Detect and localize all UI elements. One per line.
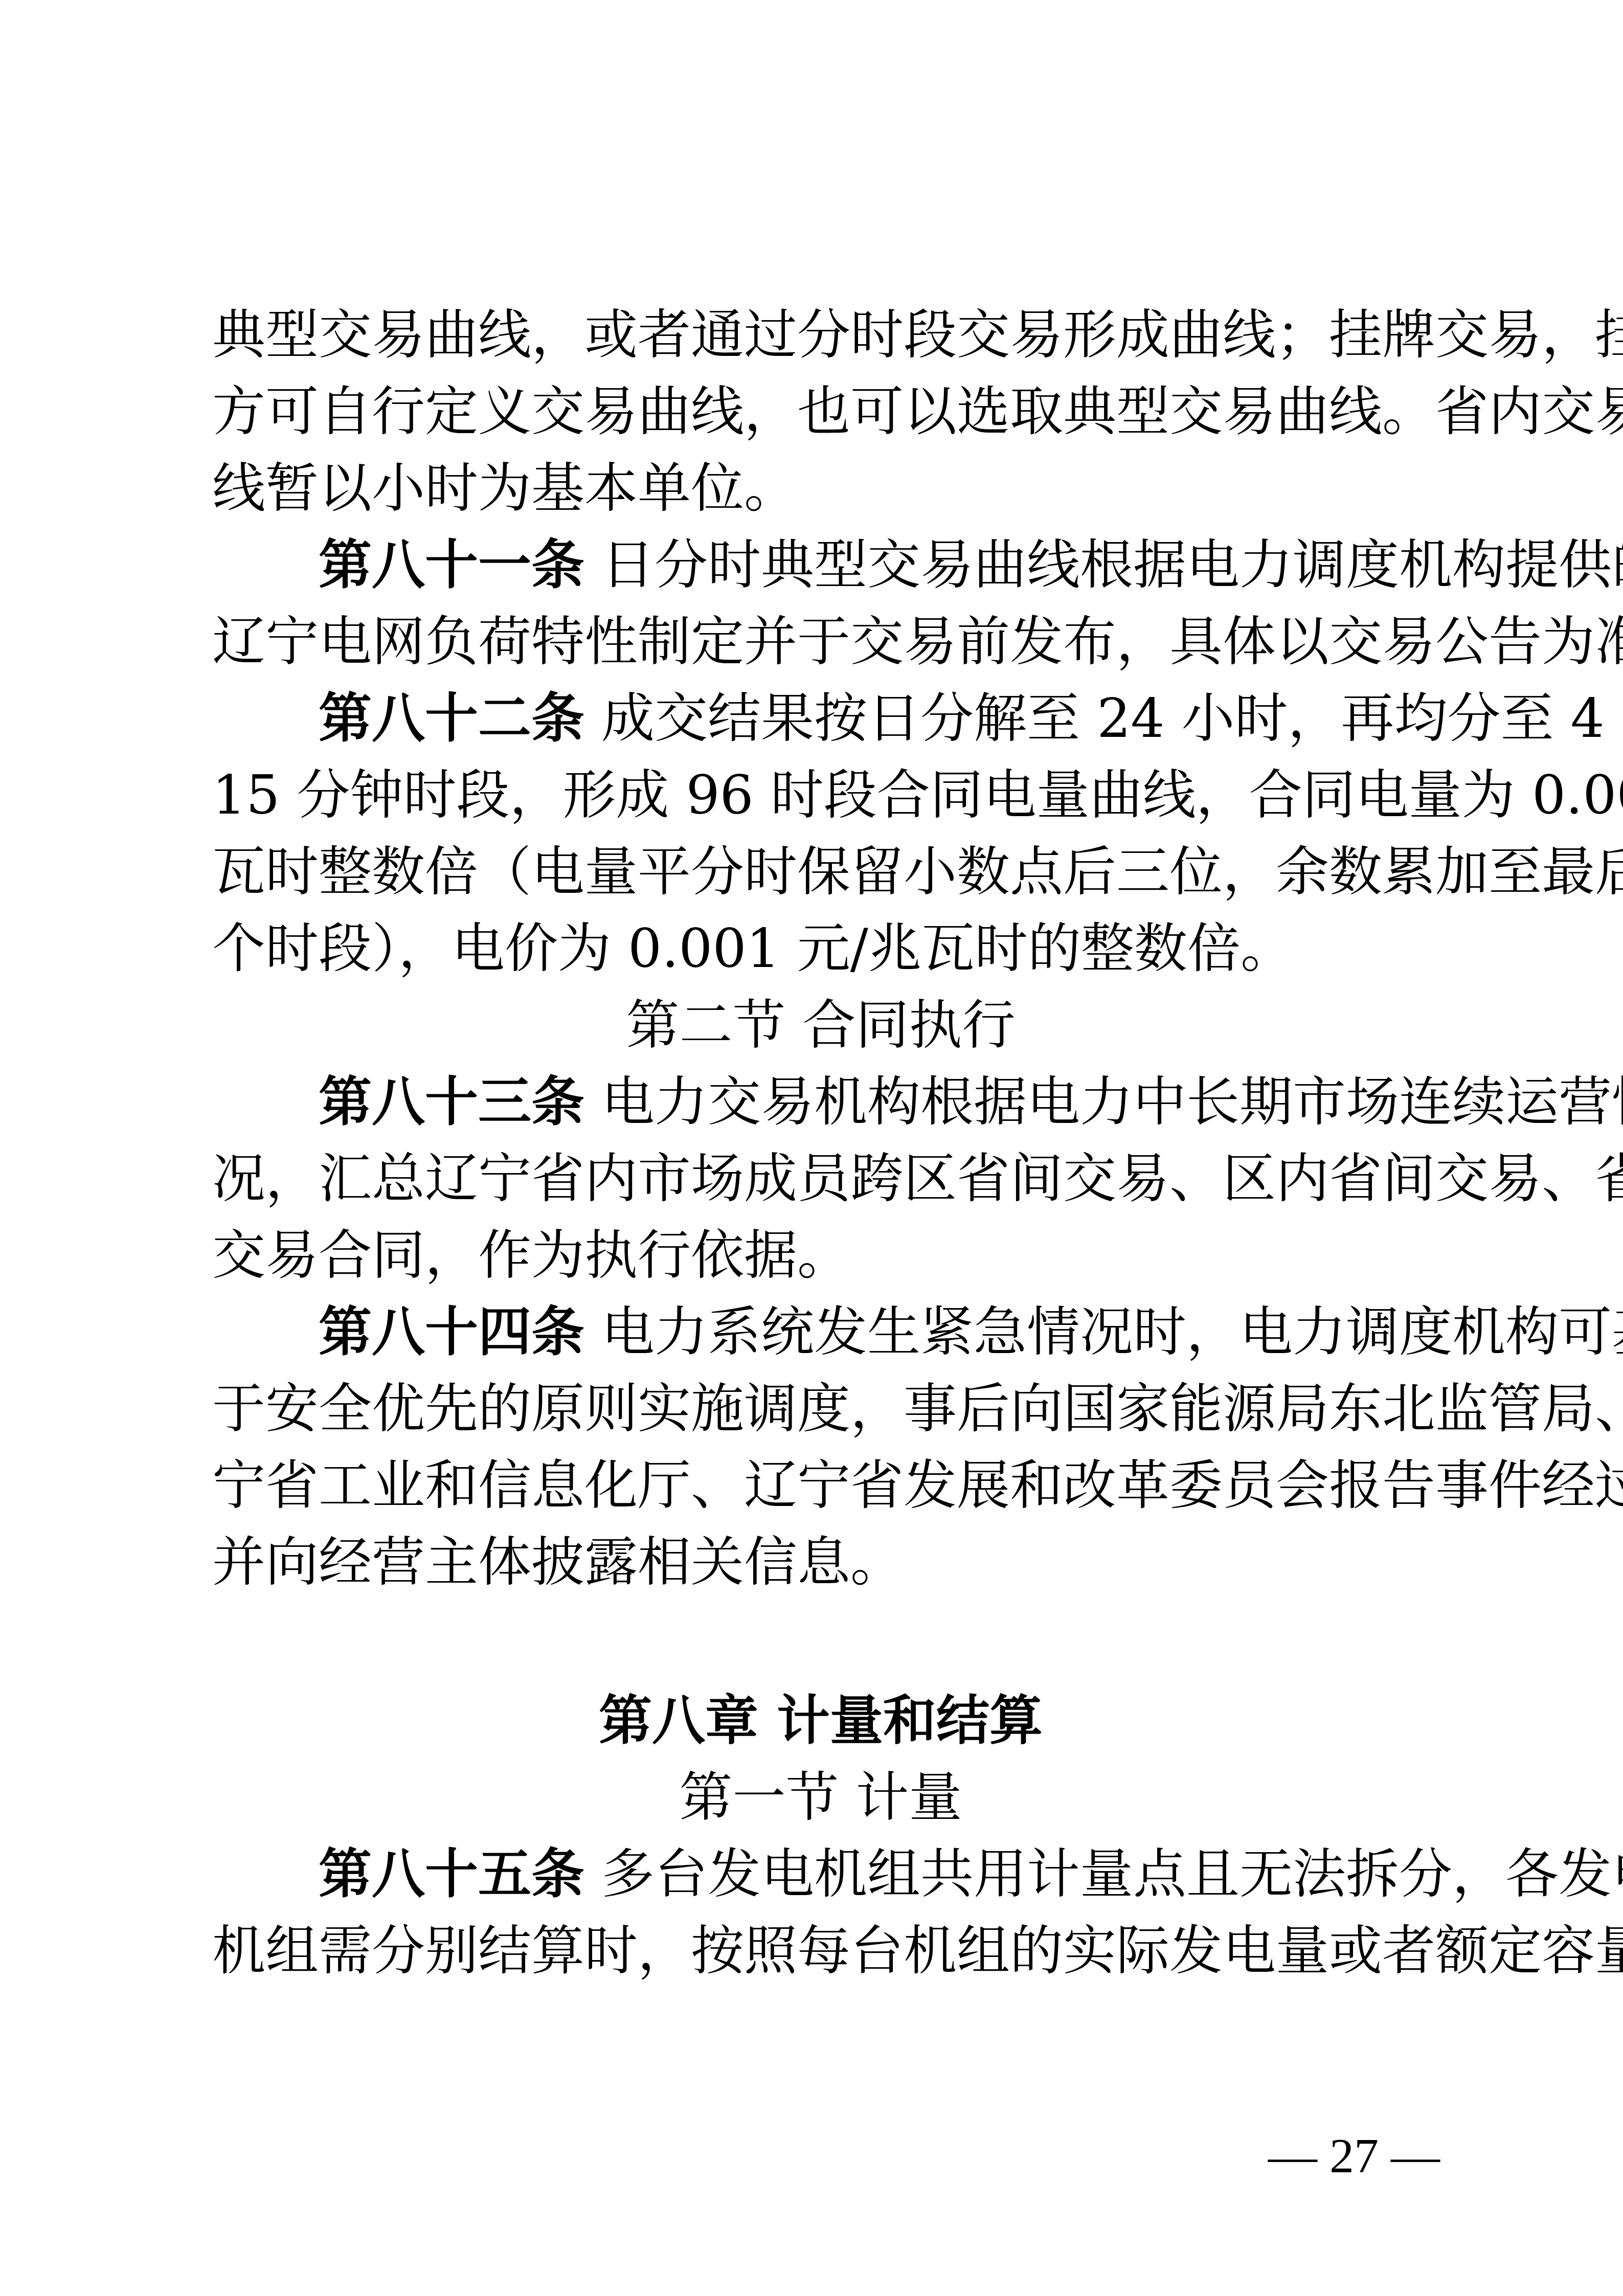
article-85-line: 第八十五条 多台发电机组共用计量点且无法拆分，各发电 — [212, 1836, 1429, 1912]
article-85-title: 第八十五条 — [319, 1843, 584, 1905]
text-span: 成交结果按日分解至 24 小时，再均分至 4 个 — [601, 687, 1623, 750]
article-82-title: 第八十二条 — [319, 687, 584, 750]
text-span: 日分时典型交易曲线根据电力调度机构提供的 — [601, 534, 1623, 596]
article-83-line: 第八十三条 电力交易机构根据电力中长期市场连续运营情 — [212, 1064, 1429, 1140]
article-84-title: 第八十四条 — [319, 1301, 584, 1363]
article-81-line: 第八十一条 日分时典型交易曲线根据电力调度机构提供的 — [212, 527, 1429, 603]
text-line: 宁省工业和信息化厅、辽宁省发展和改革委员会报告事件经过， — [212, 1447, 1429, 1524]
text-line: 15 分钟时段，形成 96 时段合同电量曲线，合同电量为 0.001 兆 — [212, 757, 1429, 834]
chapter-heading: 第八章 计量和结算 — [212, 1682, 1429, 1759]
text-line: 交易合同，作为执行依据。 — [212, 1217, 1429, 1294]
text-line: 线暂以小时为基本单位。 — [212, 450, 1429, 527]
spacer — [212, 1601, 1429, 1682]
article-84-line: 第八十四条 电力系统发生紧急情况时，电力调度机构可基 — [212, 1294, 1429, 1370]
section-heading: 第一节 计量 — [212, 1759, 1429, 1836]
text-span: 电力系统发生紧急情况时，电力调度机构可基 — [601, 1301, 1623, 1363]
text-span: 电力交易机构根据电力中长期市场连续运营情 — [601, 1071, 1623, 1133]
text-line: 方可自行定义交易曲线，也可以选取典型交易曲线。省内交易曲 — [212, 373, 1429, 450]
text-line: 机组需分别结算时，按照每台机组的实际发电量或者额定容量等 — [212, 1912, 1429, 1989]
text-line: 辽宁电网负荷特性制定并于交易前发布，具体以交易公告为准。 — [212, 603, 1429, 680]
text-line: 个时段），电价为 0.001 元/兆瓦时的整数倍。 — [212, 910, 1429, 987]
article-82-line: 第八十二条 成交结果按日分解至 24 小时，再均分至 4 个 — [212, 680, 1429, 757]
document-page: 典型交易曲线，或者通过分时段交易形成曲线；挂牌交易，挂牌 方可自行定义交易曲线，… — [212, 297, 1429, 1989]
text-line: 并向经营主体披露相关信息。 — [212, 1524, 1429, 1601]
text-span: 多台发电机组共用计量点且无法拆分，各发电 — [601, 1843, 1623, 1905]
text-line: 典型交易曲线，或者通过分时段交易形成曲线；挂牌交易，挂牌 — [212, 297, 1429, 373]
article-83-title: 第八十三条 — [319, 1071, 584, 1133]
article-81-title: 第八十一条 — [319, 534, 584, 596]
page-number: — 27 — — [1268, 2127, 1440, 2184]
text-line: 况，汇总辽宁省内市场成员跨区省间交易、区内省间交易、省内 — [212, 1140, 1429, 1217]
section-heading: 第二节 合同执行 — [212, 987, 1429, 1064]
text-line: 于安全优先的原则实施调度，事后向国家能源局东北监管局、辽 — [212, 1370, 1429, 1447]
text-line: 瓦时整数倍（电量平分时保留小数点后三位，余数累加至最后一 — [212, 834, 1429, 910]
